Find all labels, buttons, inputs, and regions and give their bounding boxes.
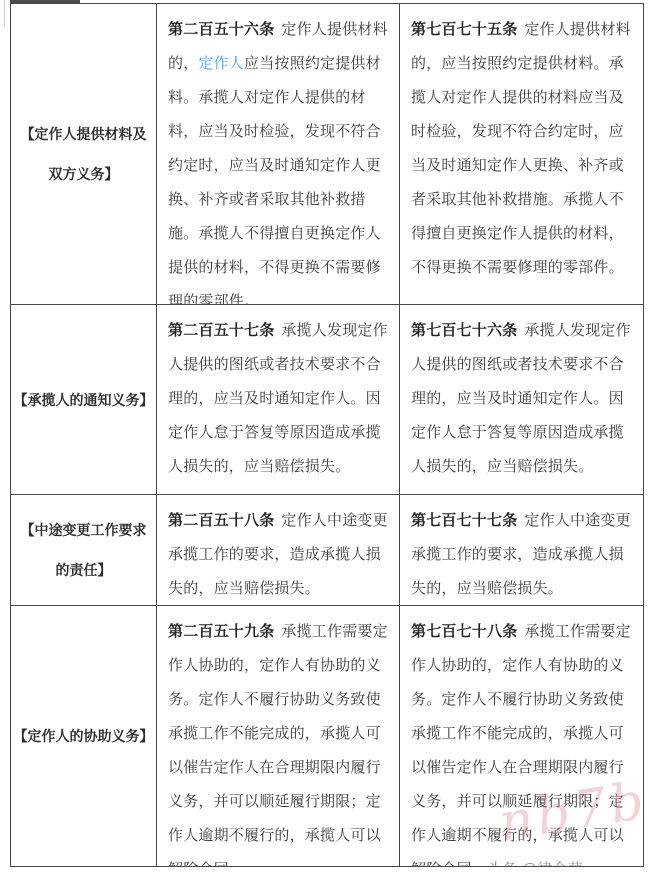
row-label-assistance-duty: 【定作人的协助义务】: [11, 606, 157, 866]
old-law-cell-257: 第二百五十七条承揽人发现定作人提供的图纸或者技术要求不合理的，应当及时通知定作人…: [157, 305, 400, 495]
old-law-cell-259: 第二百五十九条承揽工作需要定作人协助的，定作人有协助的义务。定作人不履行协助义务…: [157, 606, 400, 866]
new-law-cell-776: 第七百七十六条承揽人发现定作人提供的图纸或者技术要求不合理的，应当及时通知定作人…: [400, 305, 643, 495]
old-article-text: 承揽工作需要定作人协助的，定作人有协助的义务。定作人不履行协助义务致使承揽工作不…: [168, 623, 388, 866]
crop-artifact-vertical: [4, 0, 5, 26]
source-credit: 头条 @律企营: [487, 861, 583, 866]
new-law-cell-777: 第七百七十七条定作人中途变更承揽工作的要求，造成承揽人损失的，应当赔偿损失。: [400, 495, 643, 606]
old-article-number: 第二百五十六条: [168, 21, 274, 38]
row-label-materials-obligations: 【定作人提供材料及 双方义务】: [11, 4, 157, 305]
new-article-number: 第七百七十五条: [411, 21, 517, 38]
law-comparison-table: 【定作人提供材料及 双方义务】 第二百五十六条定作人提供材料的，定作人应当按照约…: [10, 3, 644, 867]
old-article-number: 第二百五十七条: [168, 322, 274, 339]
old-article-text: 承揽人发现定作人提供的图纸或者技术要求不合理的，应当及时通知定作人。因定作人怠于…: [168, 322, 388, 475]
new-article-text: 定作人提供材料的，应当按照约定提供材料。承揽人对定作人提供的材料应当及时检验，发…: [411, 21, 631, 276]
highlighted-term: 定作人: [198, 55, 244, 72]
new-article-text: 承揽人发现定作人提供的图纸或者技术要求不合理的，应当及时通知定作人。因定作人怠于…: [411, 322, 631, 475]
old-article-number: 第二百五十九条: [168, 623, 274, 640]
new-article-number: 第七百七十七条: [411, 512, 517, 529]
new-law-cell-775: 第七百七十五条定作人提供材料的，应当按照约定提供材料。承揽人对定作人提供的材料应…: [400, 4, 643, 305]
old-article-number: 第二百五十八条: [168, 512, 274, 529]
old-article-text-cont: 应当按照约定提供材料。承揽人对定作人提供的材料，应当及时检验，发现不符合约定时，…: [168, 55, 381, 305]
row-label-notification-duty: 【承揽人的通知义务】: [11, 305, 157, 495]
page: { "table": { "rows": [ { "label": "【定作人提…: [0, 0, 650, 876]
old-law-cell-258: 第二百五十八条定作人中途变更承揽工作的要求，造成承揽人损失的，应当赔偿损失。: [157, 495, 400, 606]
row-label-midway-change-liability: 【中途变更工作要求 的责任】: [11, 495, 157, 606]
new-article-number: 第七百七十八条: [411, 623, 517, 640]
new-article-text: 承揽工作需要定作人协助的，定作人有协助的义务。定作人不履行协助义务致使承揽工作不…: [411, 623, 631, 866]
new-law-cell-778: 第七百七十八条承揽工作需要定作人协助的，定作人有协助的义务。定作人不履行协助义务…: [400, 606, 643, 866]
old-law-cell-256: 第二百五十六条定作人提供材料的，定作人应当按照约定提供材料。承揽人对定作人提供的…: [157, 4, 400, 305]
new-article-number: 第七百七十六条: [411, 322, 517, 339]
